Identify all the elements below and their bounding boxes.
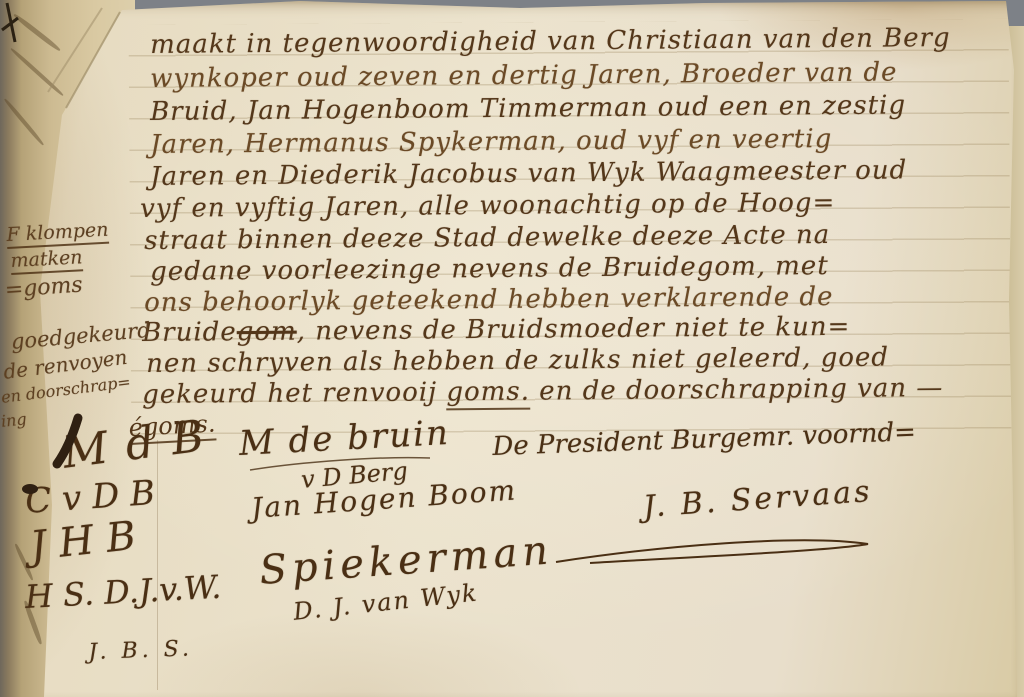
body-text: en de doorschrapping van — xyxy=(530,373,944,407)
scanned-document: maakt in tegenwoordigheid van Christiaan… xyxy=(0,0,1024,697)
body-text: Bruide xyxy=(142,317,237,348)
body-line: Jaren, Hermanus Spykerman, oud vyf en ve… xyxy=(150,124,832,160)
page-edge-streak xyxy=(10,47,65,97)
body-text: , nevens de Bruidsmoeder niet te kun= xyxy=(297,312,851,347)
margin-note-line: matken xyxy=(10,246,83,272)
body-text: gekeurd het renvooij xyxy=(142,377,447,410)
margin-note-text: F klompen xyxy=(6,219,109,249)
margin-initials: J. B. S. xyxy=(88,636,193,665)
body-line: vyf en vyftig Jaren, alle woonachtig op … xyxy=(140,188,835,224)
underlined-word: goms. xyxy=(446,377,530,411)
body-line-with-strikethrough: Bruidegom, nevens de Bruidsmoeder niet t… xyxy=(142,312,851,348)
margin-note-line: ing xyxy=(0,409,28,431)
page-edge-streak xyxy=(13,13,62,53)
margin-note-line: F klompen xyxy=(6,219,109,246)
page-edge-streak xyxy=(3,98,45,147)
struck-word: gom xyxy=(237,317,297,348)
margin-note-text: matken xyxy=(10,246,83,275)
body-line: gedane voorleezinge nevens de Bruidegom,… xyxy=(150,251,829,287)
body-line: straat binnen deeze Stad dewelke deeze A… xyxy=(144,220,830,256)
